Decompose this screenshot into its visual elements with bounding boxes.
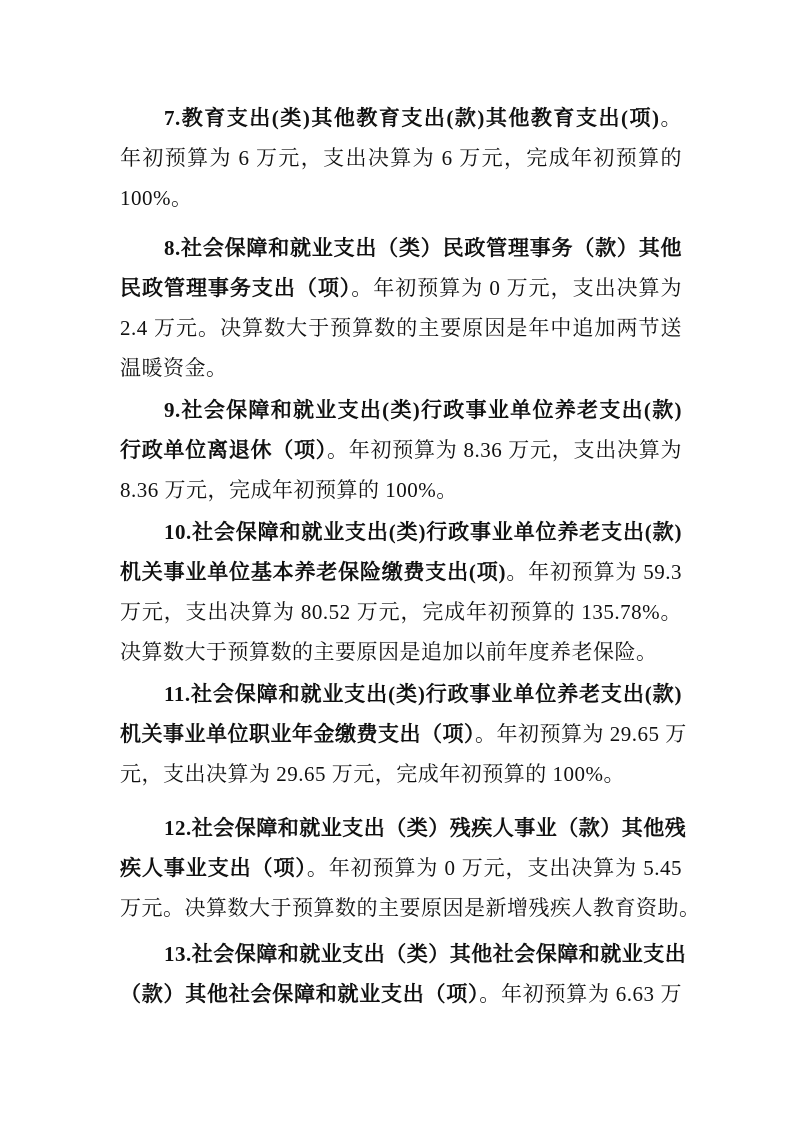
item-heading: 机关事业单位职业年金缴费支出（项） — [120, 722, 475, 746]
item-heading: 民政管理事务支出（项） — [120, 276, 351, 300]
item-heading: 13.社会保障和就业支出（类）其他社会保障和就业支出 — [164, 942, 686, 966]
paragraph-11-line-1: 11.社会保障和就业支出(类)行政事业单位养老支出(款) — [164, 682, 682, 706]
paragraph-7-line-3: 100%。 — [120, 186, 682, 210]
paragraph-10-line-1: 10.社会保障和就业支出(类)行政事业单位养老支出(款) — [164, 520, 682, 544]
paragraph-11-line-2: 机关事业单位职业年金缴费支出（项）。年初预算为 29.65 万 — [120, 722, 682, 746]
paragraph-13-line-1: 13.社会保障和就业支出（类）其他社会保障和就业支出 — [164, 942, 682, 966]
item-heading: 8.社会保障和就业支出（类）民政管理事务（款）其他 — [164, 236, 682, 260]
item-heading: 7.教育支出(类)其他教育支出(款)其他教育支出(项) — [164, 106, 659, 130]
document-page: 7.教育支出(类)其他教育支出(款)其他教育支出(项)。 年初预算为 6 万元，… — [0, 0, 793, 1122]
paragraph-9-line-3: 8.36 万元，完成年初预算的 100%。 — [120, 478, 682, 502]
paragraph-12-line-2: 疾人事业支出（项）。年初预算为 0 万元，支出决算为 5.45 — [120, 856, 682, 880]
item-heading: 10.社会保障和就业支出(类)行政事业单位养老支出(款) — [164, 520, 682, 544]
paragraph-12-line-3: 万元。决算数大于预算数的主要原因是新增残疾人教育资助。 — [120, 896, 682, 920]
paragraph-7-line-2: 年初预算为 6 万元，支出决算为 6 万元，完成年初预算的 — [120, 146, 682, 170]
paragraph-10-line-4: 决算数大于预算数的主要原因是追加以前年度养老保险。 — [120, 640, 682, 664]
paragraph-11-line-3: 元，支出决算为 29.65 万元，完成年初预算的 100%。 — [120, 762, 682, 786]
item-heading: 疾人事业支出（项） — [120, 856, 307, 880]
paragraph-8-line-4: 温暖资金。 — [120, 356, 682, 380]
paragraph-9-line-1: 9.社会保障和就业支出(类)行政事业单位养老支出(款) — [164, 398, 682, 422]
item-heading: 9.社会保障和就业支出(类)行政事业单位养老支出(款) — [164, 398, 682, 422]
item-heading: 12.社会保障和就业支出（类）残疾人事业（款）其他残 — [164, 816, 686, 840]
paragraph-10-line-2: 机关事业单位基本养老保险缴费支出(项)。年初预算为 59.3 — [120, 560, 682, 584]
item-heading: 11.社会保障和就业支出(类)行政事业单位养老支出(款) — [164, 682, 682, 706]
paragraph-12-line-1: 12.社会保障和就业支出（类）残疾人事业（款）其他残 — [164, 816, 682, 840]
paragraph-10-line-3: 万元，支出决算为 80.52 万元，完成年初预算的 135.78%。 — [120, 600, 682, 624]
paragraph-8-line-1: 8.社会保障和就业支出（类）民政管理事务（款）其他 — [164, 236, 682, 260]
item-heading: 机关事业单位基本养老保险缴费支出(项) — [120, 560, 506, 584]
item-heading: 行政单位离退休（项） — [120, 438, 327, 462]
paragraph-8-line-3: 2.4 万元。决算数大于预算数的主要原因是年中追加两节送 — [120, 316, 682, 340]
paragraph-8-line-2: 民政管理事务支出（项）。年初预算为 0 万元，支出决算为 — [120, 276, 682, 300]
item-heading: （款）其他社会保障和就业支出（项） — [120, 982, 479, 1006]
paragraph-9-line-2: 行政单位离退休（项）。年初预算为 8.36 万元，支出决算为 — [120, 438, 682, 462]
paragraph-13-line-2: （款）其他社会保障和就业支出（项）。年初预算为 6.63 万 — [120, 982, 682, 1006]
paragraph-7-line-1: 7.教育支出(类)其他教育支出(款)其他教育支出(项)。 — [164, 106, 682, 130]
